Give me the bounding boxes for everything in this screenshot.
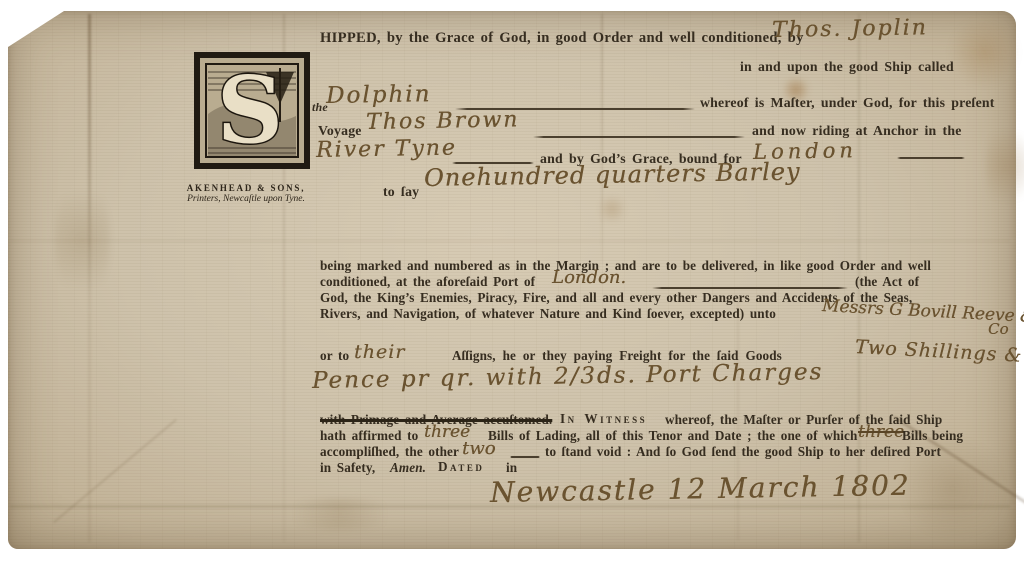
handwritten-river-name: River Tyne xyxy=(316,136,457,163)
handwritten-assigns-pronoun: their xyxy=(354,341,405,363)
printed-amen-label: Amen. xyxy=(390,460,426,476)
ruled-dash xyxy=(533,136,745,138)
printed-witness-clause-line3a: accompliſhed, the other xyxy=(320,444,459,460)
handwritten-bills-count-struck: three xyxy=(858,422,904,442)
printed-witness-clause-line2a: hath affirmed to xyxy=(320,428,418,444)
handwritten-shipper-name: Thos. Joplin xyxy=(772,15,928,43)
printed-to-say-label: to ſay xyxy=(383,184,419,200)
printer-name: AKENHEAD & SONS, xyxy=(150,183,342,193)
printed-act-of-god-label: (the Act of xyxy=(855,274,919,290)
printed-or-to-label: or to xyxy=(320,348,349,364)
handwritten-ship-name: Dolphin xyxy=(326,81,432,109)
printed-dated-label: Dated xyxy=(438,459,484,475)
printed-delivery-clause-line2: conditioned, at the aforeſaid Port of xyxy=(320,274,535,290)
printer-location: Printers, Newcaſtle upon Tyne. xyxy=(150,194,342,204)
ruled-dash xyxy=(652,287,848,289)
printed-witness-clause-line2c: Bills being xyxy=(902,428,963,444)
scanned-document: S AKENHEAD & SONS, Printers, Newcaſtle u… xyxy=(0,0,1024,561)
printed-safety-label: in Safety, xyxy=(320,460,375,476)
handwritten-master-name: Thos Brown xyxy=(366,107,520,135)
woodcut-initial-block: S xyxy=(194,52,310,169)
printed-anchor-clause: and now riding at Anchor in the xyxy=(752,123,962,139)
printed-witness-clause-line2b: Bills of Lading, all of this Tenor and D… xyxy=(488,428,857,444)
printed-ship-called-clause: in and upon the good Ship called xyxy=(740,59,954,75)
printed-delivery-clause-line4: Rivers, and Navigation, of whatever Natu… xyxy=(320,306,776,322)
printed-witness-clause-line3b: to ſtand void : And ſo God ſend the good… xyxy=(545,444,941,460)
handwritten-delivery-port: London. xyxy=(552,267,626,288)
ruled-dash xyxy=(897,157,965,159)
printed-in-witness-label: In Witness xyxy=(560,411,647,427)
drop-cap-letter: S xyxy=(217,56,283,164)
printed-shipped-clause: HIPPED, by the Grace of God, in good Ord… xyxy=(320,30,804,47)
ruled-dash xyxy=(510,456,540,458)
handwritten-void-count: two xyxy=(462,438,495,459)
ship-woodcut-icon: S xyxy=(194,52,310,169)
printed-master-clause: whereof is Maſter, under God, for this p… xyxy=(700,95,995,111)
printed-dated-in-label: in xyxy=(506,460,517,476)
printer-credit: AKENHEAD & SONS, Printers, Newcaſtle upo… xyxy=(150,183,342,204)
handwritten-consignee-suffix: Co xyxy=(988,320,1009,338)
